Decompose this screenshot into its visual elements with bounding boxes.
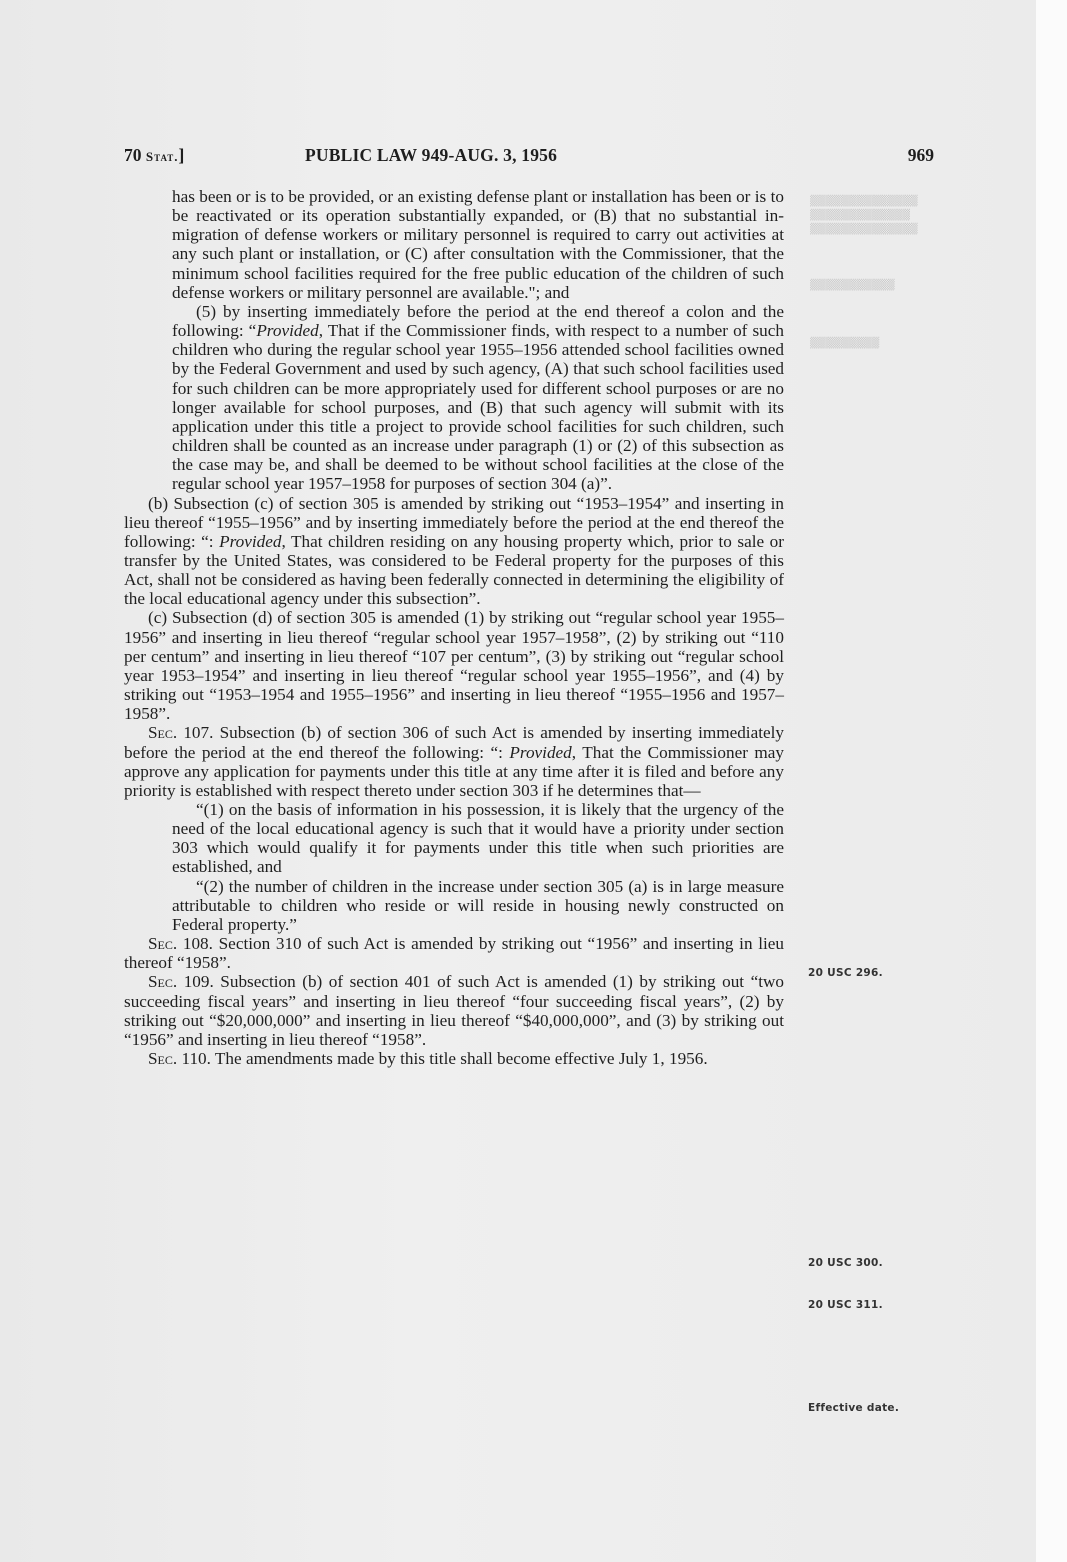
paragraph-item-5: (5) by inserting immediately before the … <box>124 302 784 494</box>
page-number: 969 <box>908 145 934 166</box>
section-label: Sec. 108. <box>148 934 213 953</box>
volume-label: Stat. <box>146 149 179 164</box>
bleed-through-text: ▒▒▒▒▒▒▒▒▒▒▒ <box>810 280 895 291</box>
bleed-through-text: ▒▒▒▒▒▒▒▒▒ <box>810 338 879 349</box>
margin-note-effective-date: Effective date. <box>808 1402 899 1414</box>
paragraph-sec-108: Sec. 108. Section 310 of such Act is ame… <box>124 934 784 972</box>
italic-provided: Provided <box>219 532 281 551</box>
volume-number: 70 <box>124 145 142 165</box>
paragraph-sec-110: Sec. 110. The amendments made by this ti… <box>124 1049 784 1068</box>
text-run: , That if the Commissioner finds, with r… <box>172 321 784 493</box>
section-label: Sec. 110. <box>148 1049 211 1068</box>
paragraph-sec-109: Sec. 109. Subsection (b) of section 401 … <box>124 972 784 1049</box>
section-label: Sec. 109. <box>148 972 214 991</box>
statute-body: has been or is to be provided, or an exi… <box>124 187 784 1068</box>
page-edge <box>1036 0 1067 1562</box>
bleed-through-text: ▒▒▒▒▒▒▒▒▒▒▒▒▒▒ <box>810 196 918 207</box>
paragraph-continuation: has been or is to be provided, or an exi… <box>124 187 784 302</box>
margin-note-20-usc-296: 20 USC 296. <box>808 967 883 979</box>
bleed-through-text: ▒▒▒▒▒▒▒▒▒▒▒▒▒▒ <box>810 224 918 235</box>
italic-provided: Provided <box>509 743 571 762</box>
margin-note-20-usc-311: 20 USC 311. <box>808 1299 883 1311</box>
running-title: PUBLIC LAW 949-AUG. 3, 1956 <box>305 145 557 166</box>
bleed-through-text: ▒▒▒▒▒▒▒▒▒▒▒▒▒ <box>810 210 910 221</box>
paragraph-subsection-b: (b) Subsection (c) of section 305 is ame… <box>124 494 784 609</box>
volume-bracket: ] <box>179 145 185 165</box>
margin-note-20-usc-300: 20 USC 300. <box>808 1257 883 1269</box>
paragraph-sec-107: Sec. 107. Subsection (b) of section 306 … <box>124 723 784 800</box>
paragraph-sec-107-clause-1: “(1) on the basis of information in his … <box>124 800 784 877</box>
text-run: Subsection (b) of section 401 of such Ac… <box>124 972 784 1048</box>
paragraph-sec-107-clause-2: “(2) the number of children in the incre… <box>124 877 784 934</box>
volume-citation: 70 Stat.] <box>124 145 184 166</box>
text-run: Section 310 of such Act is amended by st… <box>124 934 784 972</box>
paragraph-subsection-c: (c) Subsection (d) of section 305 is ame… <box>124 608 784 723</box>
page-header: 70 Stat.] PUBLIC LAW 949-AUG. 3, 1956 96… <box>124 145 934 169</box>
section-label: Sec. 107. <box>148 723 213 742</box>
text-run: The amendments made by this title shall … <box>211 1049 708 1068</box>
italic-provided: Provided <box>256 321 318 340</box>
